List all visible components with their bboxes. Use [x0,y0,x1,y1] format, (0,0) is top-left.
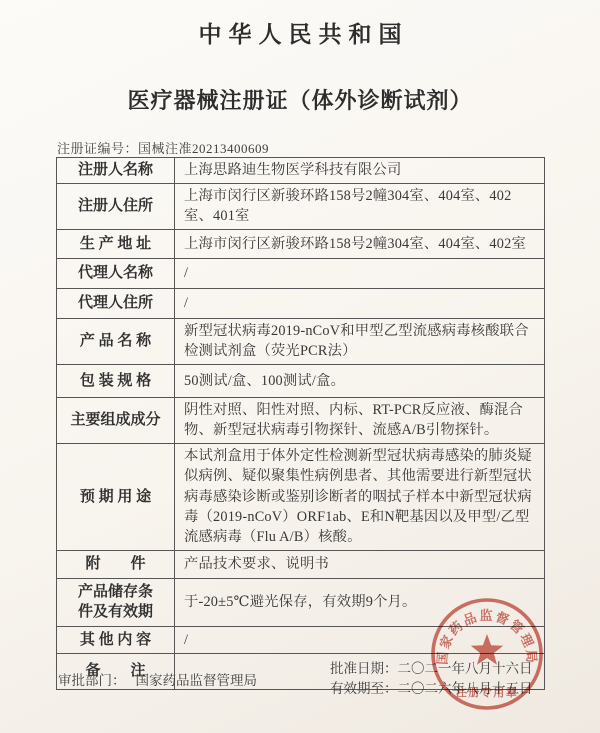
table-row-package-spec: 包 装 规 格 50测试/盒、100测试/盒。 [57,364,545,397]
row-value: / [175,288,545,318]
row-label: 附 件 [57,550,175,578]
table-row-production-address: 生 产 地 址 上海市闵行区新骏环路158号2幢304室、404室、402室 [57,229,545,258]
row-value: 于-20±5℃避光保存，有效期9个月。 [175,578,545,626]
table-row-agent-address: 代理人住所 / [57,288,545,318]
table-row-intended-use: 预 期 用 途 本试剂盒用于体外定性检测新型冠状病毒感染的肺炎疑似病例、疑似聚集… [57,443,545,550]
row-value: 50测试/盒、100测试/盒。 [175,364,545,397]
country-title: 中华人民共和国 [0,16,600,49]
row-label: 包 装 规 格 [57,364,175,397]
row-value: 新型冠状病毒2019-nCoV和甲型乙型流感病毒核酸联合检测试剂盒（荧光PCR法… [175,318,545,364]
table-row-attachments: 附 件 产品技术要求、说明书 [57,550,545,578]
row-label: 产 品 名 称 [57,318,175,364]
table-row-product-name: 产 品 名 称 新型冠状病毒2019-nCoV和甲型乙型流感病毒核酸联合检测试剂… [57,318,545,364]
valid-until-line: 有效期至：二〇二六年八月十五日 [330,679,560,699]
row-value: 上海市闵行区新骏环路158号2幢304室、404室、402室 [175,229,545,258]
table-row-storage-validity: 产品储存条 件及有效期 于-20±5℃避光保存，有效期9个月。 [57,578,545,626]
row-label: 预 期 用 途 [57,443,175,550]
certificate-document: 中华人民共和国 医疗器械注册证（体外诊断试剂） 注册证编号：国械注准202134… [0,0,600,733]
approval-department-value: 国家药品监督管理局 [136,673,258,688]
table-row-registrant-name: 注册人名称 上海思路迪生物医学科技有限公司 [57,158,545,184]
approval-date-label: 批准日期： [330,661,398,676]
certificate-table: 注册人名称 上海思路迪生物医学科技有限公司 注册人住所 上海市闵行区新骏环路15… [56,157,545,690]
row-value: 上海市闵行区新骏环路158号2幢304室、404室、402室、401室 [175,184,545,230]
valid-until-value: 二〇二六年八月十五日 [398,681,533,696]
row-value: 阴性对照、阳性对照、内标、RT-PCR反应液、酶混合物、新型冠状病毒引物探针、流… [175,397,545,443]
row-label: 产品储存条 件及有效期 [57,578,175,626]
table-row-main-components: 主要组成成分 阴性对照、阳性对照、内标、RT-PCR反应液、酶混合物、新型冠状病… [57,397,545,443]
certificate-title: 医疗器械注册证（体外诊断试剂） [0,84,600,115]
row-value: / [175,626,545,653]
row-label: 代理人名称 [57,258,175,288]
certificate-number-label: 注册证编号： [57,141,138,156]
row-label: 注册人名称 [57,158,175,184]
table-row-agent-name: 代理人名称 / [57,258,545,288]
row-label: 生 产 地 址 [57,229,175,258]
approval-date-value: 二〇二一年八月十六日 [398,661,533,676]
row-value: / [175,258,545,288]
date-block: 批准日期：二〇二一年八月十六日 有效期至：二〇二六年八月十五日 [330,659,560,700]
valid-until-label: 有效期至： [330,681,398,696]
table-row-registrant-address: 注册人住所 上海市闵行区新骏环路158号2幢304室、404室、402室、401… [57,184,545,230]
approval-department-label: 审批部门： [58,673,126,688]
row-label: 主要组成成分 [57,397,175,443]
row-label: 其 他 内 容 [57,626,175,653]
row-value: 本试剂盒用于体外定性检测新型冠状病毒感染的肺炎疑似病例、疑似聚集性病例患者、其他… [175,443,545,550]
table-row-other-content: 其 他 内 容 / [57,626,545,653]
certificate-number-value: 国械注准20213400609 [138,141,269,156]
approval-date-line: 批准日期：二〇二一年八月十六日 [330,659,560,679]
approval-department-line: 审批部门：国家药品监督管理局 [58,669,257,689]
certificate-number-line: 注册证编号：国械注准20213400609 [57,138,269,157]
row-label: 注册人住所 [57,184,175,230]
row-value: 上海思路迪生物医学科技有限公司 [175,158,545,184]
row-value: 产品技术要求、说明书 [175,550,545,578]
row-label: 代理人住所 [57,288,175,318]
